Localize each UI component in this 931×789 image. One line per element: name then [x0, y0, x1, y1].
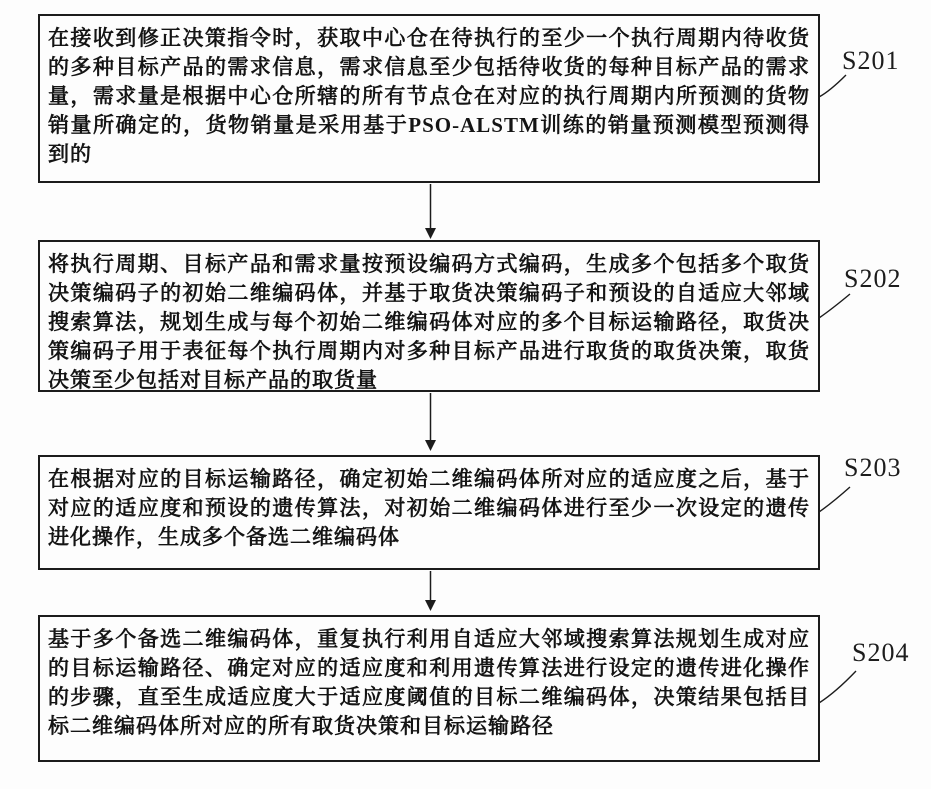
- step-label-s202: S202: [844, 266, 901, 292]
- patent-flowchart-figure: 在接收到修正决策指令时，获取中心仓在待执行的至少一个执行周期内待收货的多种目标产…: [0, 0, 931, 789]
- step-label-s204: S204: [852, 640, 909, 666]
- leader-line-s203: [819, 487, 850, 512]
- step-text-s201: 在接收到修正决策指令时，获取中心仓在待执行的至少一个执行周期内待收货的多种目标产…: [48, 26, 810, 166]
- step-label-s201: S201: [842, 48, 899, 74]
- step-text-s204: 基于多个备选二维编码体，重复执行利用自适应大邻域搜索算法规划生成对应的目标运输路…: [48, 627, 810, 738]
- flow-arrow-1: [425, 184, 436, 239]
- leader-line-s204: [819, 671, 856, 703]
- flow-arrow-3: [425, 571, 436, 611]
- step-box-s204: 基于多个备选二维编码体，重复执行利用自适应大邻域搜索算法规划生成对应的目标运输路…: [38, 615, 820, 762]
- step-label-s203: S203: [844, 455, 901, 481]
- step-box-s201: 在接收到修正决策指令时，获取中心仓在待执行的至少一个执行周期内待收货的多种目标产…: [38, 14, 820, 183]
- leader-line-s202: [819, 294, 850, 318]
- step-text-s202: 将执行周期、目标产品和需求量按预设编码方式编码，生成多个包括多个取货决策编码子的…: [48, 252, 810, 392]
- step-text-s203: 在根据对应的目标运输路径，确定初始二维编码体所对应的适应度之后，基于对应的适应度…: [48, 467, 810, 549]
- flow-arrow-2: [425, 393, 436, 451]
- leader-line-s201: [819, 75, 846, 97]
- step-box-s203: 在根据对应的目标运输路径，确定初始二维编码体所对应的适应度之后，基于对应的适应度…: [38, 455, 820, 570]
- step-box-s202: 将执行周期、目标产品和需求量按预设编码方式编码，生成多个包括多个取货决策编码子的…: [38, 240, 820, 392]
